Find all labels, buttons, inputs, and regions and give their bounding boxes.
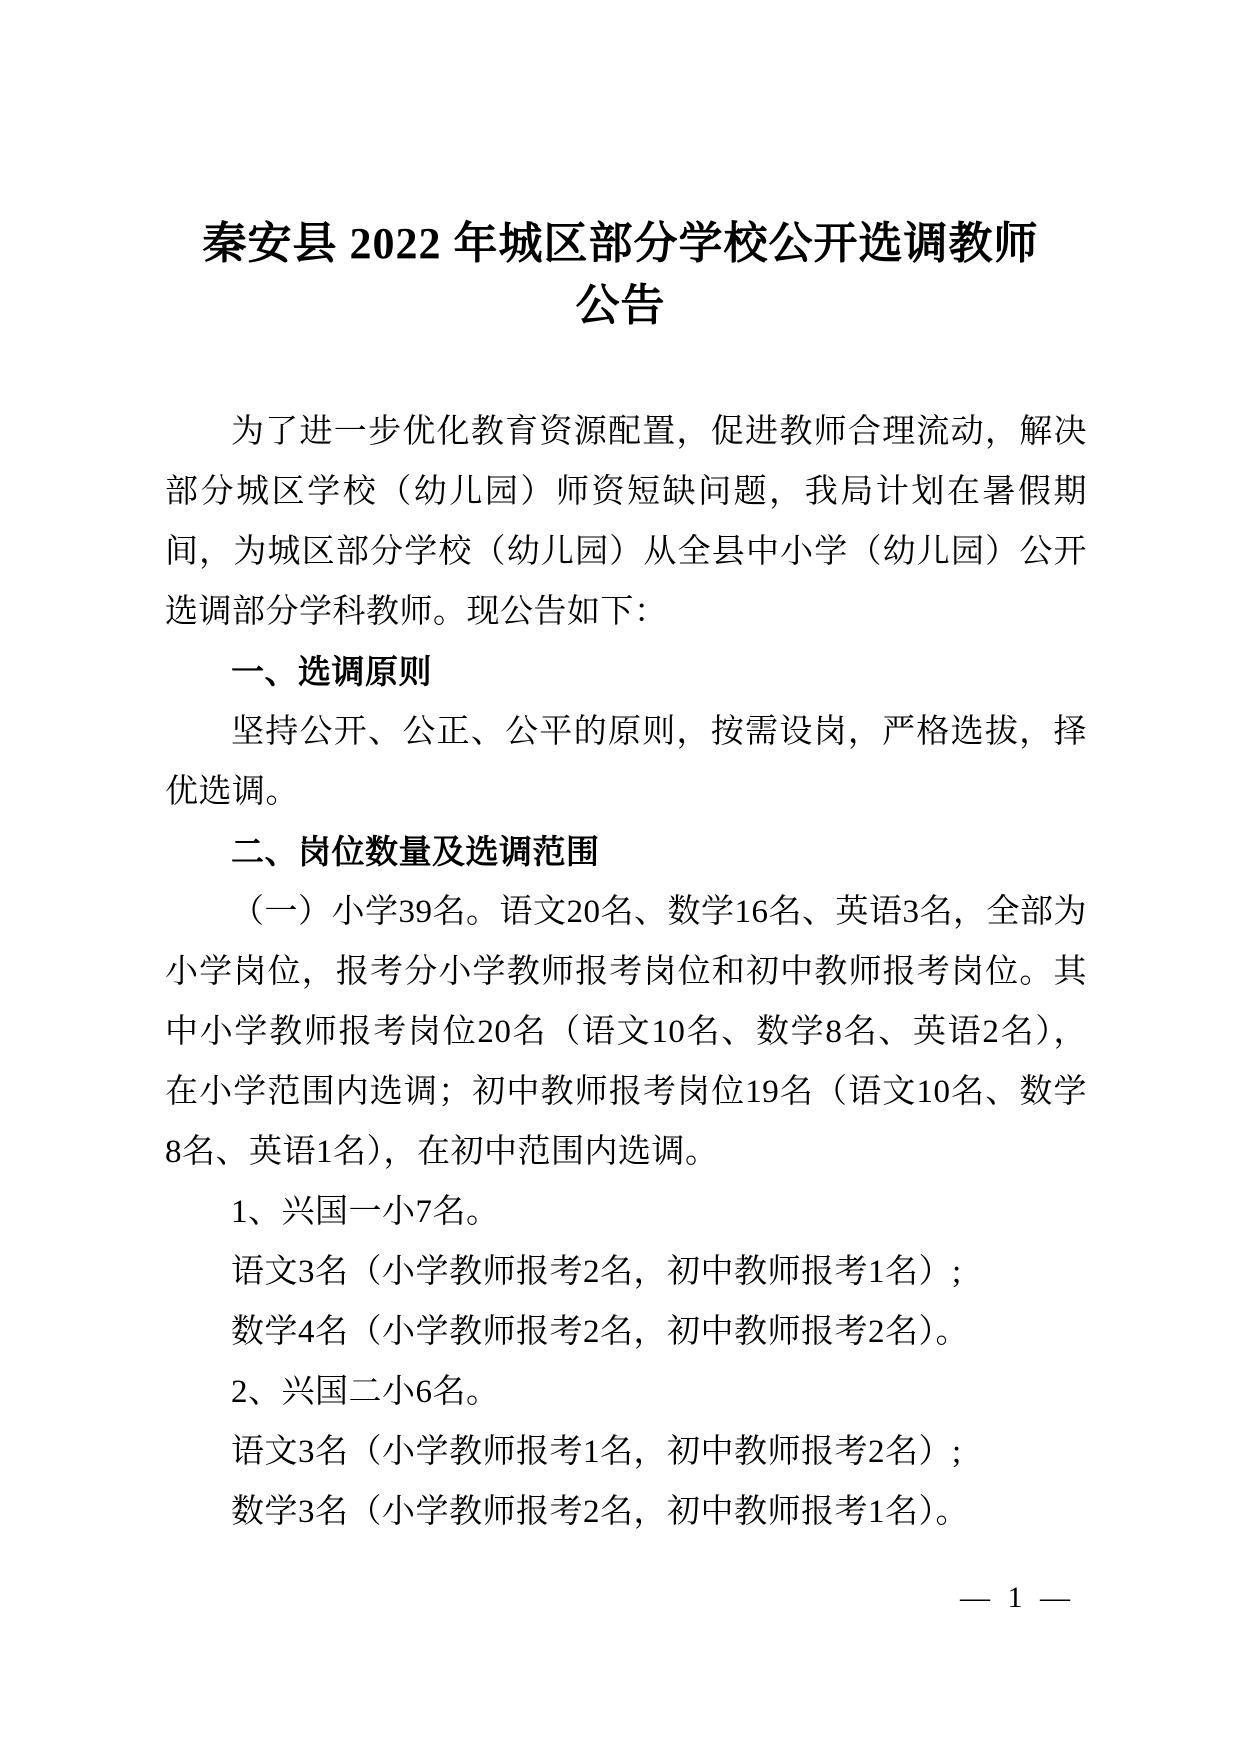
paragraph-school-2-title: 2、兴国二小6名。 <box>165 1362 1087 1422</box>
section-heading-principles: 一、选调原则 <box>165 642 1087 702</box>
document-body: 为了进一步优化教育资源配置，促进教师合理流动，解决部分城区学校（幼儿园）师资短缺… <box>165 402 1087 1542</box>
paragraph-school-2-chinese: 语文3名（小学教师报考1名，初中教师报考2名）; <box>165 1422 1087 1482</box>
paragraph-primary-school-quota: （一）小学39名。语文20名、数学16名、英语3名，全部为小学岗位，报考分小学教… <box>165 882 1087 1182</box>
paragraph-school-1-title: 1、兴国一小7名。 <box>165 1182 1087 1242</box>
title-line-1: 秦安县 2022 年城区部分学校公开选调教师 <box>0 213 1241 275</box>
paragraph-intro: 为了进一步优化教育资源配置，促进教师合理流动，解决部分城区学校（幼儿园）师资短缺… <box>165 402 1087 642</box>
document-page: 秦安县 2022 年城区部分学校公开选调教师 公告 为了进一步优化教育资源配置，… <box>0 0 1241 1755</box>
paragraph-principles: 坚持公开、公正、公平的原则，按需设岗，严格选拔，择优选调。 <box>165 702 1087 822</box>
paragraph-school-1-math: 数学4名（小学教师报考2名，初中教师报考2名）。 <box>165 1302 1087 1362</box>
paragraph-school-1-chinese: 语文3名（小学教师报考2名，初中教师报考1名）; <box>165 1242 1087 1302</box>
paragraph-school-2-math: 数学3名（小学教师报考2名，初中教师报考1名）。 <box>165 1482 1087 1542</box>
section-heading-positions: 二、岗位数量及选调范围 <box>165 822 1087 882</box>
page-title: 秦安县 2022 年城区部分学校公开选调教师 公告 <box>0 213 1241 337</box>
page-number: — 1 — <box>960 1578 1075 1618</box>
title-line-2: 公告 <box>0 275 1241 337</box>
